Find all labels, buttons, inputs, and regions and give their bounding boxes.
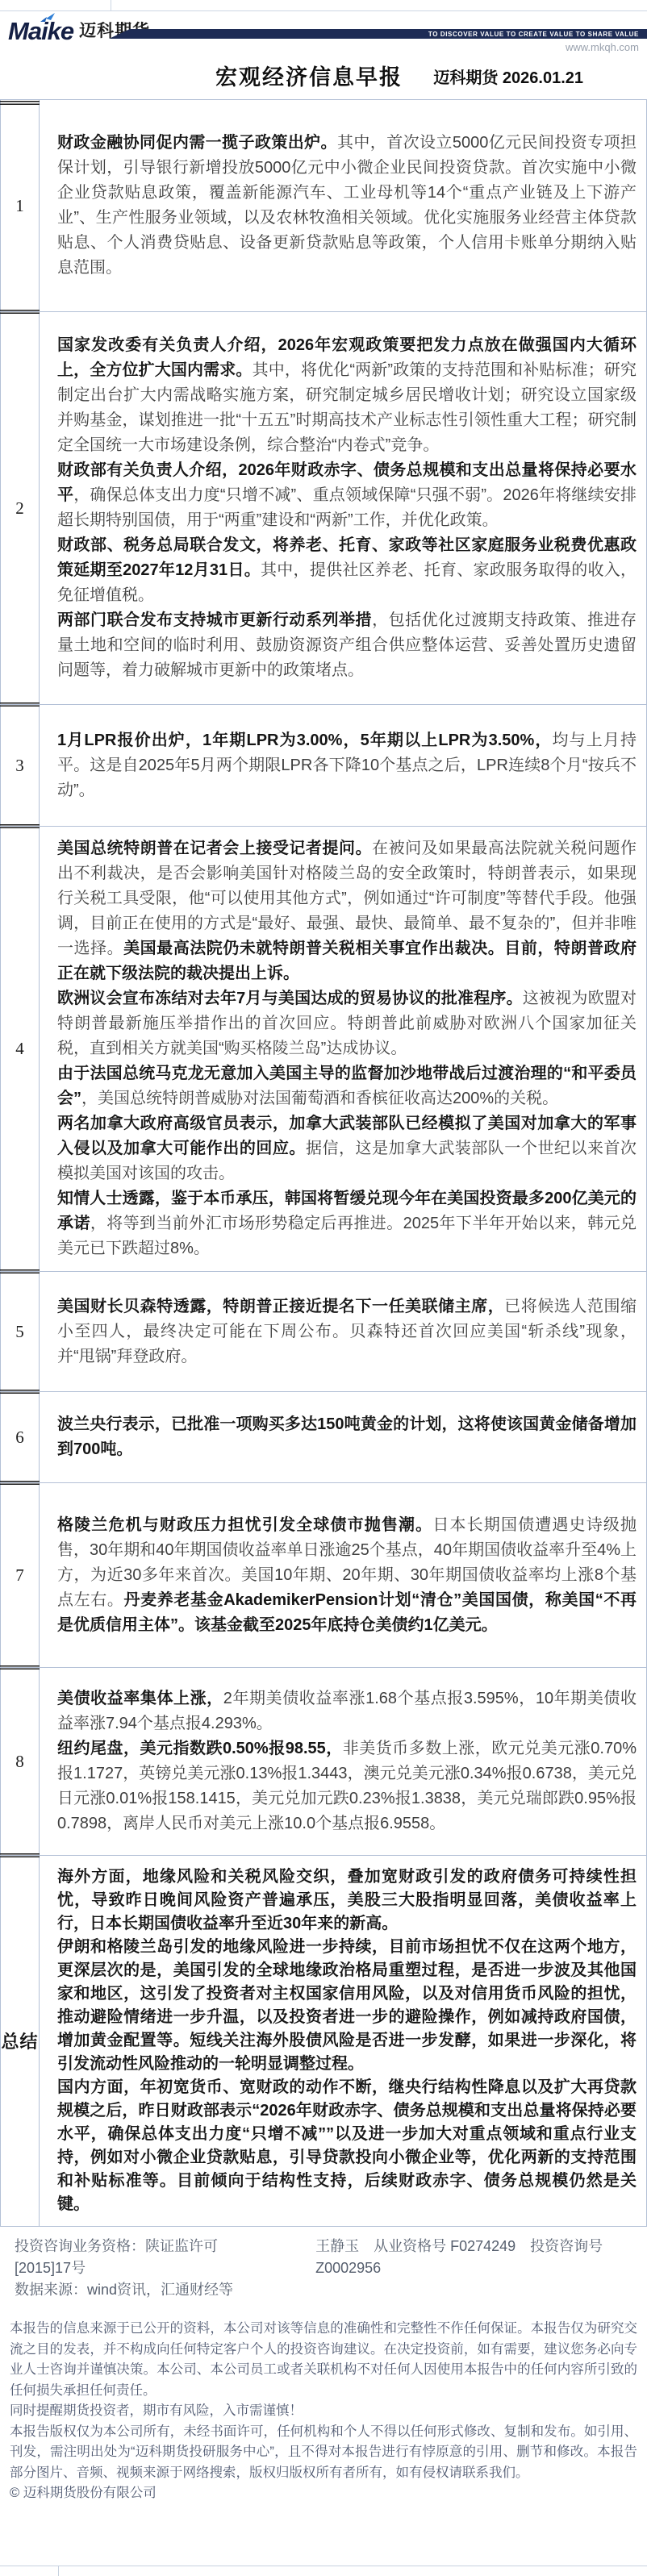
row-number: 4 [1, 827, 40, 1271]
paragraph: 欧洲议会宣布冻结对去年7月与美国达成的贸易协议的批准程序。这被视为欧盟对特朗普最… [57, 986, 637, 1061]
disclaimer-paragraph: 本报告的信息来源于已公开的资料，本公司对该等信息的准确性和完整性不作任何保证。本… [10, 2319, 637, 2401]
row-content: 美国总统特朗普在记者会上接受记者提问。在被问及如果最高法院就关税问题作出不利裁决… [40, 827, 646, 1271]
bold-text-segment: 丹麦养老基金AkademikerPension计划“清仓”美国国债，称美国“不再… [57, 1591, 637, 1634]
table-row: 7 格陵兰危机与财政压力担忧引发全球债市抛售潮。日本长期国债遭遇史诗级抛售，30… [1, 1482, 646, 1667]
paragraph: 美债收益率集体上涨，2年期美债收益率涨1.68个基点报3.595%，10年期美债… [57, 1686, 637, 1736]
bold-text-segment: 美债收益率集体上涨， [57, 1690, 223, 1707]
paragraph: 1月LPR报价出炉，1年期LPR为3.00%，5年期以上LPR为3.50%，均与… [57, 728, 637, 803]
paragraph: 知情人士透露，鉴于本币承压，韩国将暂缓兑现今年在美国投资最多200亿美元的承诺，… [57, 1186, 637, 1261]
row-content: 格陵兰危机与财政压力担忧引发全球债市抛售潮。日本长期国债遭遇史诗级抛售，30年期… [40, 1483, 646, 1667]
bold-text-segment: 美国最高法院仍未就特朗普关税相关事宜作出裁决。目前，特朗普政府正在就下级法院的裁… [57, 940, 637, 982]
bold-text-segment: 美国财长贝森特透露，特朗普正接近提名下一任美联储主席， [57, 1298, 504, 1315]
paragraph: 美国财长贝森特透露，特朗普正接近提名下一任美联储主席，已将候选人范围缩小至四人，… [57, 1294, 637, 1369]
paragraph: 格陵兰危机与财政压力担忧引发全球债市抛售潮。日本长期国债遭遇史诗级抛售，30年期… [57, 1513, 637, 1638]
bold-text-segment: 美国总统特朗普在记者会上接受记者提问。 [57, 840, 372, 857]
text-segment: ，美国总统特朗普威胁对法国葡萄酒和香槟征收高达200%的关税。 [81, 1090, 558, 1107]
row-content: 美债收益率集体上涨，2年期美债收益率涨1.68个基点报3.595%，10年期美债… [40, 1668, 646, 1855]
paragraph: 伊朗和格陵兰岛引发的地缘风险进一步持续，目前市场担忧不仅在这两个地方，更深层次的… [57, 1936, 637, 2076]
data-source: 数据来源：wind资讯，汇通财经等 [15, 2279, 634, 2301]
disclaimer-paragraph: 本报告版权仅为本公司所有，未经书面许可，任何机构和个人不得以任何形式修改、复制和… [10, 2422, 637, 2484]
table-row: 3 1月LPR报价出炉，1年期LPR为3.00%，5年期以上LPR为3.50%，… [1, 704, 646, 826]
bold-text-segment: 格陵兰危机与财政压力担忧引发全球债市抛售潮。 [57, 1516, 432, 1534]
paragraph: 国家发改委有关负责人介绍，2026年宏观政策要把发力点放在做强国内大循环上，全方… [57, 333, 637, 458]
row-number: 3 [1, 705, 40, 826]
qualification-line: 投资咨询业务资格：陕证监许可[2015]17号 王静玉 从业资格号 F02742… [15, 2236, 634, 2279]
row-content: 国家发改委有关负责人介绍，2026年宏观政策要把发力点放在做强国内大循环上，全方… [40, 312, 646, 704]
row-number: 8 [1, 1668, 40, 1855]
bold-text-segment: 欧洲议会宣布冻结对去年7月与美国达成的贸易协议的批准程序。 [57, 990, 523, 1007]
paragraph: 美国总统特朗普在记者会上接受记者提问。在被问及如果最高法院就关税问题作出不利裁决… [57, 836, 637, 986]
text-segment: ，确保总体支出力度“只增不减”、重点领域保障“只强不弱”。2026年将继续安排超… [57, 486, 637, 529]
analyst-info: 王静玉 从业资格号 F0274249 投资咨询号 Z0002956 [315, 2236, 634, 2279]
row-number: 7 [1, 1483, 40, 1667]
disclaimer: 本报告的信息来源于已公开的资料，本公司对该等信息的准确性和完整性不作任何保证。本… [0, 2301, 647, 2504]
paragraph: 纽约尾盘，美元指数跌0.50%报98.55，非美货币多数上涨，欧元兑美元涨0.7… [57, 1736, 637, 1836]
row-number: 1 [1, 100, 40, 311]
paragraph: 两部门联合发布支持城市更新行动系列举措，包括优化过渡期支持政策、推进存量土地和空… [57, 608, 637, 683]
brand-banner: TO DISCOVER VALUE TO CREATE VALUE TO SHA… [109, 29, 647, 39]
row-number: 6 [1, 1392, 40, 1482]
banner-slogan: TO DISCOVER VALUE TO CREATE VALUE TO SHA… [428, 31, 639, 38]
bottom-divider-line [0, 2566, 647, 2566]
disclaimer-paragraph: 同时提醒期货投资者，期市有风险，入市需谨慎！ [10, 2401, 637, 2422]
paragraph: 波兰央行表示，已批准一项购买多达150吨黄金的计划，这将使该国黄金储备增加到70… [57, 1412, 637, 1462]
bold-text-segment: 纽约尾盘，美元指数跌0.50%报98.55， [57, 1740, 343, 1757]
report-table: 1 财政金融协同促内需一揽子政策出炉。其中，首次设立5000亿元民间投资专项担保… [0, 99, 647, 2227]
table-row: 6 波兰央行表示，已批准一项购买多达150吨黄金的计划，这将使该国黄金储备增加到… [1, 1391, 646, 1482]
paragraph: 财政金融协同促内需一揽子政策出炉。其中，首次设立5000亿元民间投资专项担保计划… [57, 131, 637, 281]
website-url: www.mkqh.com [566, 41, 639, 53]
bold-text-segment: 国内方面，年初宽货币、宽财政的动作不断，继央行结构性降息以及扩大再贷款规模之后，… [57, 2078, 637, 2213]
row-content: 美国财长贝森特透露，特朗普正接近提名下一任美联储主席，已将候选人范围缩小至四人，… [40, 1272, 646, 1391]
text-segment: ，将等到当前外汇市场形势稳定后再推进。2025年下半年开始以来，韩元兑美元已下跌… [57, 1215, 637, 1257]
paragraph: 财政部、税务总局联合发文，将养老、托育、家政等社区家庭服务业税费优惠政策延期至2… [57, 533, 637, 608]
text-segment: 其中，首次设立5000亿元民间投资专项担保计划，引导银行新增投放5000亿元中小… [57, 134, 637, 277]
logo-arrows-icon [39, 13, 56, 23]
row-content: 海外方面，地缘风险和关税风险交织，叠加宽财政引发的政府债务可持续性担忧，导致昨日… [40, 1856, 646, 2226]
table-row: 5 美国财长贝森特透露，特朗普正接近提名下一任美联储主席，已将候选人范围缩小至四… [1, 1271, 646, 1391]
report-page: Maike 迈科期货 TO DISCOVER VALUE TO CREATE V… [0, 0, 647, 2576]
paragraph: 国内方面，年初宽货币、宽财政的动作不断，继央行结构性降息以及扩大再贷款规模之后，… [57, 2076, 637, 2216]
bold-text-segment: 两部门联合发布支持城市更新行动系列举措 [57, 611, 372, 629]
bold-text-segment: 财政金融协同促内需一揽子政策出炉。 [57, 134, 337, 152]
paragraph: 海外方面，地缘风险和关税风险交织，叠加宽财政引发的政府债务可持续性担忧，导致昨日… [57, 1865, 637, 1936]
table-row: 8 美债收益率集体上涨，2年期美债收益率涨1.68个基点报3.595%，10年期… [1, 1667, 646, 1855]
row-content: 波兰央行表示，已批准一项购买多达150吨黄金的计划，这将使该国黄金储备增加到70… [40, 1392, 646, 1482]
paragraph: 财政部有关负责人介绍，2026年财政赤字、债务总规模和支出总量将保持必要水平，确… [57, 458, 637, 533]
bold-text-segment: 伊朗和格陵兰岛引发的地缘风险进一步持续，目前市场担忧不仅在这两个地方，更深层次的… [57, 1938, 637, 2073]
row-number: 2 [1, 312, 40, 704]
paragraph: 由于法国总统马克龙无意加入美国主导的监督加沙地带战后过渡治理的“和平委员会”，美… [57, 1061, 637, 1111]
bottom-divider-tick [58, 2566, 59, 2576]
table-row: 总结 海外方面，地缘风险和关税风险交织，叠加宽财政引发的政府债务可持续性担忧，导… [1, 1855, 646, 2226]
row-content: 1月LPR报价出炉，1年期LPR为3.00%，5年期以上LPR为3.50%，均与… [40, 705, 646, 826]
bold-text-segment: 海外方面，地缘风险和关税风险交织，叠加宽财政引发的政府债务可持续性担忧，导致昨日… [57, 1868, 637, 1932]
qualification-text: 投资咨询业务资格：陕证监许可[2015]17号 [15, 2236, 253, 2279]
row-content: 财政金融协同促内需一揽子政策出炉。其中，首次设立5000亿元民间投资专项担保计划… [40, 100, 646, 311]
table-row: 1 财政金融协同促内需一揽子政策出炉。其中，首次设立5000亿元民间投资专项担保… [1, 100, 646, 311]
footer-info: 投资咨询业务资格：陕证监许可[2015]17号 王静玉 从业资格号 F02742… [0, 2227, 647, 2301]
row-number: 5 [1, 1272, 40, 1391]
bold-text-segment: 1月LPR报价出炉，1年期LPR为3.00%，5年期以上LPR为3.50%， [57, 732, 553, 749]
header: Maike 迈科期货 TO DISCOVER VALUE TO CREATE V… [0, 0, 647, 99]
paragraph: 两名加拿大政府高级官员表示，加拿大武装部队已经模拟了美国对加拿大的军事入侵以及加… [57, 1111, 637, 1186]
table-row: 2 国家发改委有关负责人介绍，2026年宏观政策要把发力点放在做强国内大循环上，… [1, 311, 646, 704]
copyright: © 迈科期货股份有限公司 [10, 2483, 637, 2504]
logo-wordmark: Maike [8, 19, 73, 44]
bold-text-segment: 波兰央行表示，已批准一项购买多达150吨黄金的计划，这将使该国黄金储备增加到70… [57, 1415, 637, 1458]
report-source-date: 迈科期货 2026.01.21 [433, 65, 583, 88]
table-row: 4 美国总统特朗普在记者会上接受记者提问。在被问及如果最高法院就关税问题作出不利… [1, 826, 646, 1271]
row-number: 总结 [1, 1856, 40, 2226]
